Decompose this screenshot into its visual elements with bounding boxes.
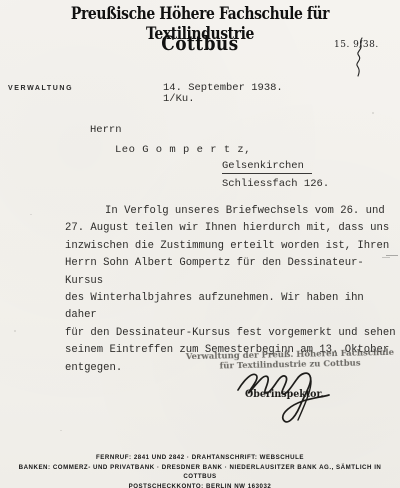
recipient-name: Leo G o m p e r t z, <box>115 144 251 156</box>
footer-postal-account-line: POSTSCHECKKONTO: BERLIN NW 163032 <box>8 482 392 488</box>
footer-banks-line: BANKEN: COMMERZ- UND PRIVATBANK · DRESDN… <box>8 463 392 482</box>
footer-phone-line: FERNRUF: 2841 UND 2842 · DRAHTANSCHRIFT:… <box>8 453 392 463</box>
letter-reference: 1/Ku. <box>163 93 195 105</box>
scanned-letter-page: Preußische Höhere Fachschule für Textili… <box>0 0 400 488</box>
scan-artifact-dash <box>382 257 390 258</box>
handwritten-paraph-icon <box>352 36 368 78</box>
scan-artifact-dash <box>386 255 398 256</box>
recipient-city: Gelsenkirchen <box>222 160 312 174</box>
scan-speckle <box>372 112 374 114</box>
letter-footer: FERNRUF: 2841 UND 2842 · DRAHTANSCHRIFT:… <box>0 453 400 488</box>
scan-speckle <box>60 430 62 431</box>
scan-speckle <box>14 330 16 332</box>
recipient-salutation: Herrn <box>90 124 122 136</box>
recipient-address: Schliessfach 126. <box>222 178 329 190</box>
signer-title: Oberinspektor. <box>245 388 324 400</box>
scan-speckle <box>30 214 32 215</box>
letterhead-city: Cottbus <box>30 31 370 55</box>
department-label: VERWALTUNG <box>8 85 73 92</box>
